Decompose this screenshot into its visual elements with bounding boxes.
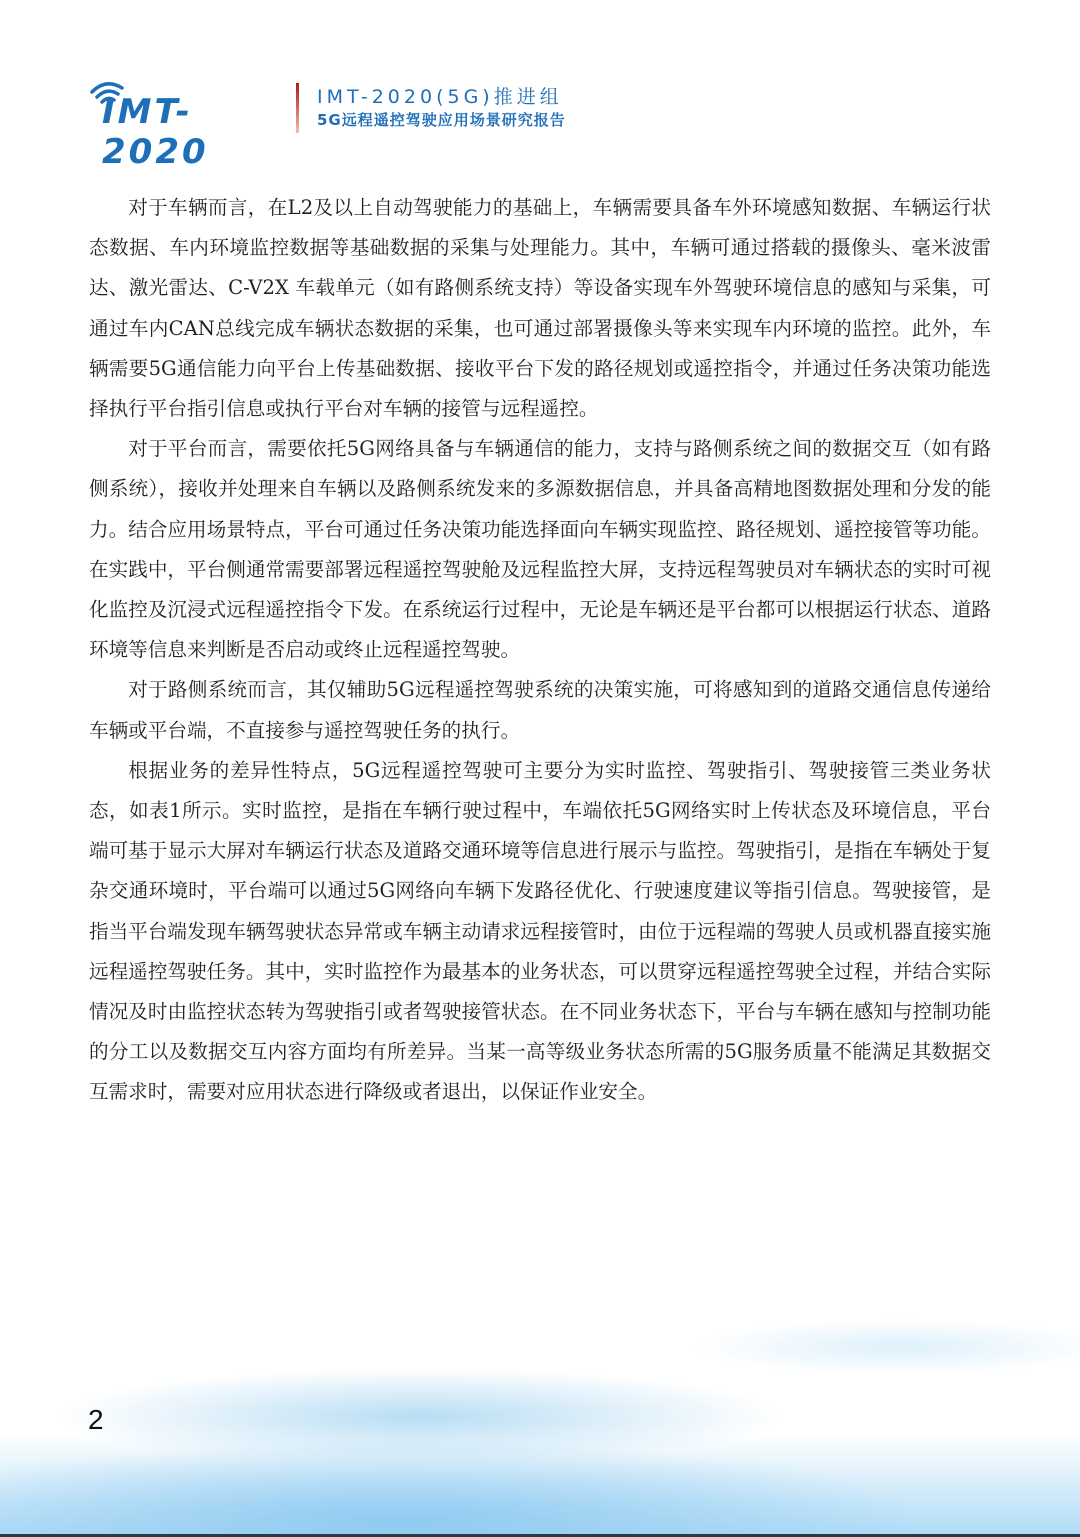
page-header: IMT-2020 IMT-2020(5G)推进组 5G远程遥控驾驶应用场景研究报… bbox=[88, 78, 566, 138]
paragraph-business-states: 根据业务的差异性特点，5G远程遥控驾驶可主要分为实时监控、驾驶指引、驾驶接管三类… bbox=[89, 751, 991, 1113]
footer-wave-decoration bbox=[0, 1307, 1080, 1537]
org-title: IMT-2020(5G)推进组 bbox=[317, 85, 566, 109]
paragraph-platform: 对于平台而言，需要依托5G网络具备与车辆通信的能力，支持与路侧系统之间的数据交互… bbox=[89, 429, 991, 670]
report-title: 5G远程遥控驾驶应用场景研究报告 bbox=[317, 109, 566, 131]
document-body: 对于车辆而言，在L2及以上自动驾驶能力的基础上，车辆需要具备车外环境感知数据、车… bbox=[89, 188, 991, 1113]
header-titles: IMT-2020(5G)推进组 5G远程遥控驾驶应用场景研究报告 bbox=[317, 85, 566, 131]
paragraph-roadside: 对于路侧系统而言，其仅辅助5G远程遥控驾驶系统的决策实施，可将感知到的道路交通信… bbox=[89, 670, 991, 750]
page-number: 2 bbox=[88, 1404, 104, 1436]
header-divider bbox=[296, 83, 299, 133]
paragraph-vehicle: 对于车辆而言，在L2及以上自动驾驶能力的基础上，车辆需要具备车外环境感知数据、车… bbox=[89, 188, 991, 429]
logo-text: IMT-2020 bbox=[102, 92, 278, 172]
imt2020-logo: IMT-2020 bbox=[88, 78, 278, 138]
